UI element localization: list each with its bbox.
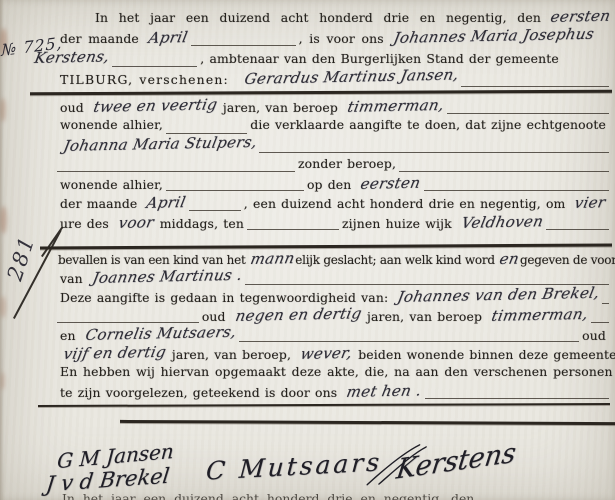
printed-text: , een duizend acht honderd drie en negen… [241,196,569,211]
printed-text: op den [304,177,354,192]
fill-line [57,171,295,172]
handwritten-entry: timmerman, [485,305,595,325]
fill-line [425,398,609,399]
printed-text: zonder beroep, [295,156,399,171]
fill-line [461,86,609,87]
fill-line [112,66,197,67]
handwritten-entry: twee en veertig [87,95,224,116]
printed-text: , is voor ons [296,31,387,46]
printed-text: der maande [57,31,142,46]
printed-text: , ambtenaar van den Burgerlijken Stand d… [197,51,562,66]
printed-text: jaren, van beroep [364,309,485,324]
fill-line [602,303,609,304]
handwritten-entry: en [496,250,523,268]
handwritten-entry: voor [112,213,161,232]
signature-flourish-icon [364,442,428,494]
form-line: vijf en dertigjaren, van beroep,wever,be… [57,345,609,364]
printed-text: oud [199,309,229,324]
handwritten-entry: April [142,28,194,47]
scan-smudge [0,296,6,318]
scan-smudge [0,98,6,122]
fill-line [191,45,296,46]
section-divider [120,420,615,425]
fill-line [591,322,609,323]
printed-text: Deze aangifte is gedaan in tegenwoordigh… [57,290,391,305]
form-line: ure desvoormiddags, tenzijnen huize wijk… [57,214,609,233]
fill-line [189,210,241,211]
section-divider [40,244,612,250]
printed-text: wonende alhier, [57,177,166,192]
form-line: En hebben wij hiervan opgemaakt deze akt… [57,364,609,383]
handwritten-entry: timmerman, [341,96,451,116]
printed-text: oud [57,100,87,115]
section-registration: In het jaar een duizend acht honderd dri… [57,8,609,90]
form-line: oudtwee en veertigjaren, van beroeptimme… [57,98,609,117]
printed-text: jaren, van beroep, [169,347,294,362]
form-line: zonder beroep, [57,156,609,175]
printed-text: te zijn voorgelezen, geteekend is door o… [57,385,340,400]
fill-line [546,229,609,230]
printed-text: elijk geslacht; aan welk kind word [294,253,496,267]
form-line: bevallen is van een kind van hetmannelij… [57,250,609,269]
fill-line [247,229,339,230]
form-line: wonende alhier,op deneersten [57,175,609,194]
section-divider [30,90,612,95]
printed-text: oud [579,328,609,343]
printed-text: ure des [57,216,112,231]
form-line: oudnegen en dertigjaren, van beroeptimme… [57,307,609,326]
printed-text: en [57,328,79,343]
handwritten-entry: negen en dertig [229,304,368,325]
handwritten-entry: Johannes van den Brekel, [391,284,606,306]
scan-smudge [0,372,5,390]
printed-text: van [57,271,86,286]
fill-line [447,113,609,114]
printed-text: bevallen is van een kind van het [57,253,247,267]
signature-registrar: Kerstens [394,437,518,486]
handwritten-entry: Gerardus Martinus Jansen, [238,65,465,88]
section-divider [38,403,610,407]
handwritten-entry: Johanna Maria Stulpers, [57,132,264,154]
printed-text: middags, ten [157,216,247,231]
printed-text: beiden wonende binnen deze gemeente. [355,347,615,362]
printed-text: En hebben wij hiervan opgemaakt deze akt… [57,364,615,379]
fill-line [259,152,609,153]
handwritten-entry: eersten [544,7,615,26]
form-line: TILBURG, verschenen:Gerardus Martinus Ja… [57,70,609,91]
handwritten-entry: Joannes Martinus . [86,266,249,287]
form-line: der maandeApril, is voor onsJohannes Mar… [57,29,609,50]
form-line: Kerstens,, ambtenaar van den Burgerlijke… [28,49,609,70]
document-scan-page: № 725, 281 In het jaar een duizend acht … [0,0,615,500]
handwritten-entry: vijf en dertig [57,343,173,363]
handwritten-entry: April [140,193,192,212]
printed-text: der maande [57,196,140,211]
form-line: Johanna Maria Stulpers, [57,137,609,156]
handwritten-entry: eersten [354,174,427,193]
handwritten-entry: mann [247,249,298,268]
section-birth-and-witnesses: bevallen is van een kind van hetmannelij… [57,250,609,402]
form-line: enCornelis Mutsaers,oud [57,326,609,345]
handwritten-entry: vier [568,194,612,213]
scan-edge-shadow [0,0,4,500]
printed-text: jaren, van beroep [220,100,341,115]
handwritten-entry: Johannes Maria Josephus [387,24,601,46]
fill-line [399,171,609,172]
handwritten-entry: Kerstens, [28,47,116,67]
next-act-preview-line: In het jaar een duizend acht honderd dri… [62,491,474,500]
fill-line [424,190,609,191]
section-declarant: oudtwee en veertigjaren, van beroeptimme… [57,98,609,233]
printed-text: In het jaar een duizend acht honderd dri… [92,10,544,25]
scan-smudge [0,206,7,234]
printed-text: wonende alhier, [57,117,166,132]
handwritten-entry: met hen . [340,381,428,401]
printed-text: gegeven de voorna [519,253,615,267]
fill-line [57,322,199,323]
signature-witness-2: C Mutsaars [205,447,383,485]
form-line: wonende alhier,die verklaarde aangifte t… [57,117,609,136]
printed-text: zijnen huize wijk [339,216,455,231]
printed-text: die verklaarde aangifte te doen, dat zij… [247,117,609,132]
fill-line [166,190,304,191]
form-line: der maandeApril, een duizend acht honder… [57,194,609,213]
printed-text: TILBURG, verschenen: [57,72,238,87]
form-line: te zijn voorgelezen, geteekend is door o… [57,383,609,402]
handwritten-entry: Cornelis Mutsaers, [79,323,243,344]
handwritten-entry: Veldhoven [455,212,550,232]
fill-line [239,341,580,342]
handwritten-entry: wever, [294,344,359,363]
